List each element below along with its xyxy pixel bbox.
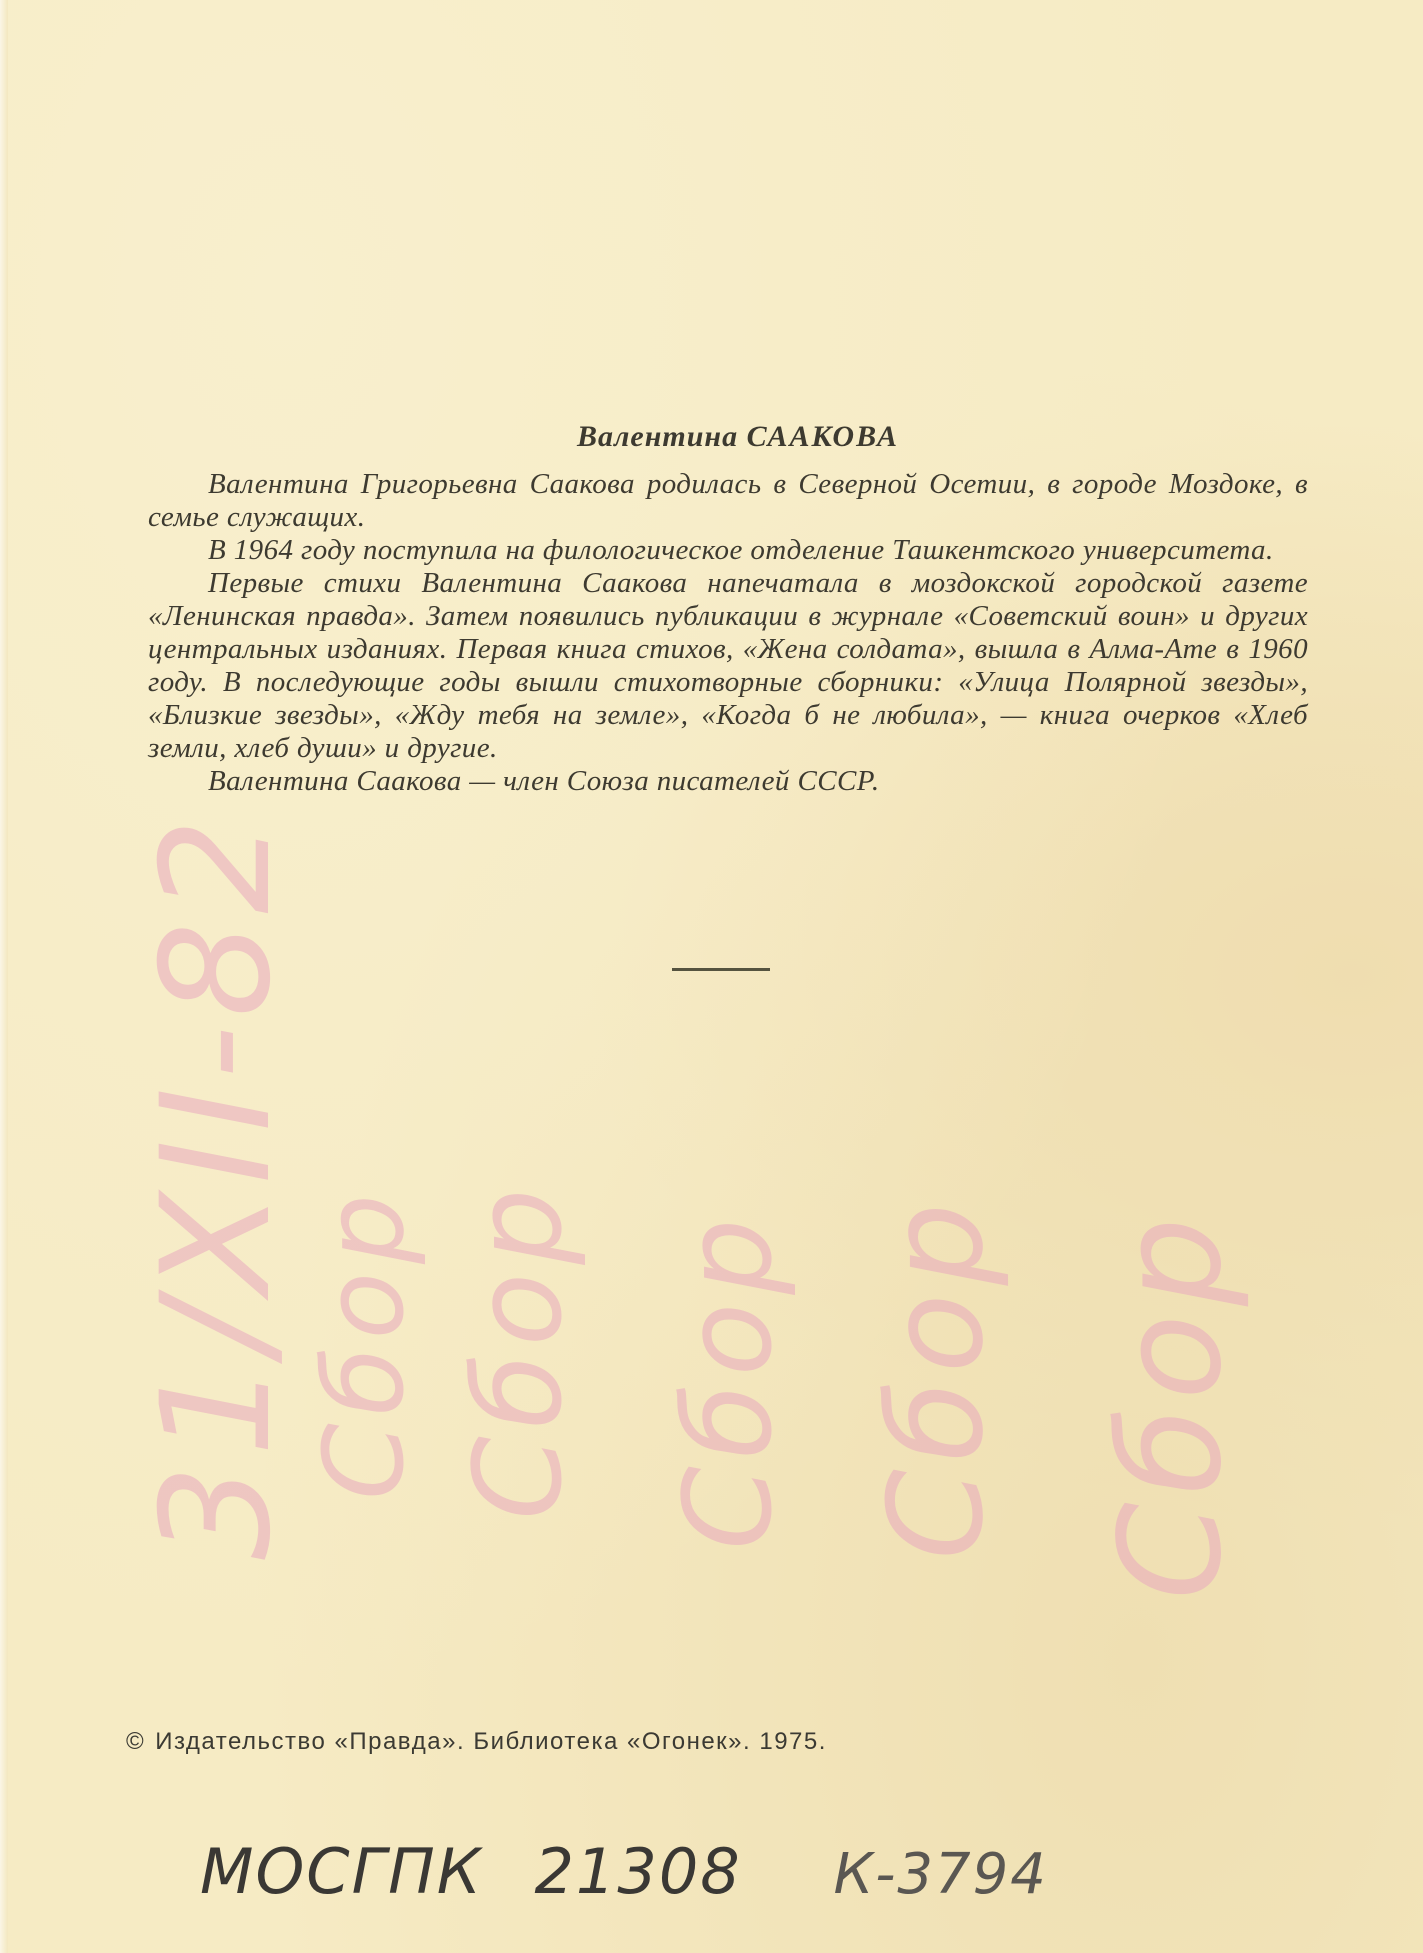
handwritten-library-label: МОСГПК 21308 xyxy=(200,1835,742,1908)
pink-stamp-mark: Cбор xyxy=(450,1181,589,1520)
bio-paragraph-education: В 1964 году поступила на филологическое … xyxy=(148,534,1308,567)
page-edge xyxy=(0,0,8,1953)
handwritten-catalog-note: МОСГПК 21308 К-3794 xyxy=(200,1835,1048,1908)
copyright-text: Издательство «Правда». Библиотека «Огоне… xyxy=(155,1728,827,1755)
author-surname: СААКОВА xyxy=(747,420,899,453)
author-heading: Валентина СААКОВА xyxy=(148,420,1308,454)
bio-paragraph-publications: Первые стихи Валентина Саакова напечатал… xyxy=(148,567,1308,765)
pink-stamp-mark: Cбор xyxy=(300,1186,428,1500)
author-biography: Валентина Григорьевна Саакова родилась в… xyxy=(148,468,1308,798)
pink-stamp-mark: Cбор xyxy=(660,1211,799,1550)
pink-stamp-mark: 31/XII-82 xyxy=(130,810,304,1560)
author-bio-section: Валентина СААКОВА Валентина Григорьевна … xyxy=(148,420,1308,798)
copyright-icon: © xyxy=(126,1728,145,1755)
bio-paragraph-membership: Валентина Саакова — член Союза писателей… xyxy=(148,765,1308,798)
bio-paragraph-birth: Валентина Григорьевна Саакова родилась в… xyxy=(148,468,1308,534)
author-first-name: Валентина xyxy=(577,420,738,453)
pink-stamp-mark: Cбор xyxy=(1090,1209,1253,1600)
section-divider xyxy=(672,968,770,971)
copyright-line: ©Издательство «Правда». Библиотека «Огон… xyxy=(126,1728,827,1756)
handwritten-catalog-code: К-3794 xyxy=(833,1842,1047,1907)
pink-stamp-mark: Cбор xyxy=(860,1195,1012,1560)
